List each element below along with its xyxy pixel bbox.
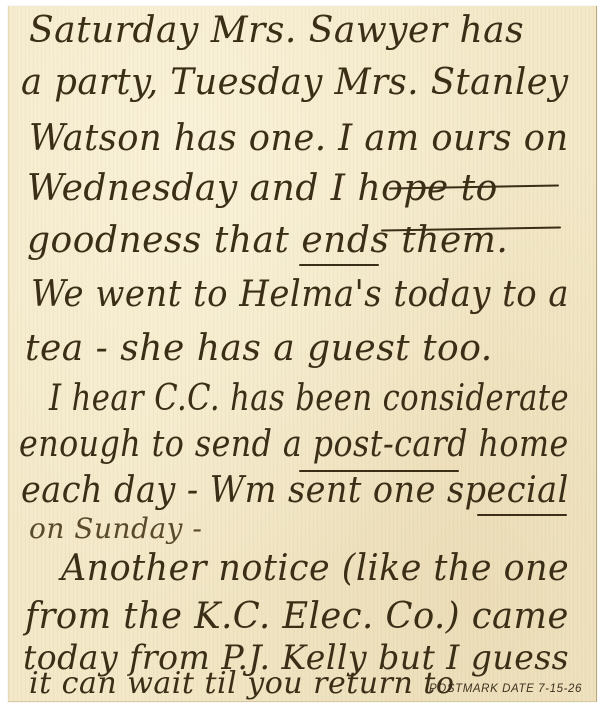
line-text: it can wait til you return to: [29, 666, 454, 701]
line-text: I hear C.C. has been considerate: [49, 378, 569, 419]
letter-line-10: each day - Wm sent one special: [21, 470, 569, 511]
letter-line-15: it can wait til you return to: [29, 666, 454, 701]
letter-line-9: enough to send a post-card home: [19, 424, 569, 465]
letter-line-6: We went to Helma's today to a: [31, 274, 569, 315]
line-text: from the K.C. Elec. Co.) came: [25, 596, 569, 637]
line-text: enough to send a post-card home: [19, 424, 569, 465]
letter-line-3: Watson has one. I am ours on: [29, 118, 569, 159]
letter-line-1: Saturday Mrs. Sawyer has: [29, 10, 524, 51]
postmark-date-annotation: POSTMARK DATE 7-15-26: [429, 683, 582, 695]
line-text: each day - Wm sent one special: [21, 470, 569, 511]
letter-line-2: a party, Tuesday Mrs. Stanley: [21, 62, 569, 103]
letter-line-13: from the K.C. Elec. Co.) came: [25, 596, 569, 637]
line-text: on Sunday -: [29, 512, 202, 545]
letter-line-12: Another notice (like the one: [61, 548, 569, 589]
letter-line-7: tea - she has a guest too.: [25, 328, 493, 369]
line-text: We went to Helma's today to a: [31, 274, 569, 315]
letter-page: Saturday Mrs. Sawyer has a party, Tuesda…: [8, 6, 597, 702]
special-underline: [477, 514, 567, 516]
letter-line-8: I hear C.C. has been considerate: [49, 378, 569, 419]
line-text: Saturday Mrs. Sawyer has: [29, 10, 524, 51]
line-text: Watson has one. I am ours on: [29, 118, 569, 159]
line-text: a party, Tuesday Mrs. Stanley: [21, 62, 569, 103]
letter-line-11: on Sunday -: [29, 512, 202, 545]
line-text: Another notice (like the one: [61, 548, 569, 589]
line-text: goodness that ends them.: [27, 220, 508, 261]
ends-underline: [299, 264, 379, 266]
line-text: tea - she has a guest too.: [25, 328, 493, 369]
letter-line-5: goodness that ends them.: [27, 220, 508, 261]
